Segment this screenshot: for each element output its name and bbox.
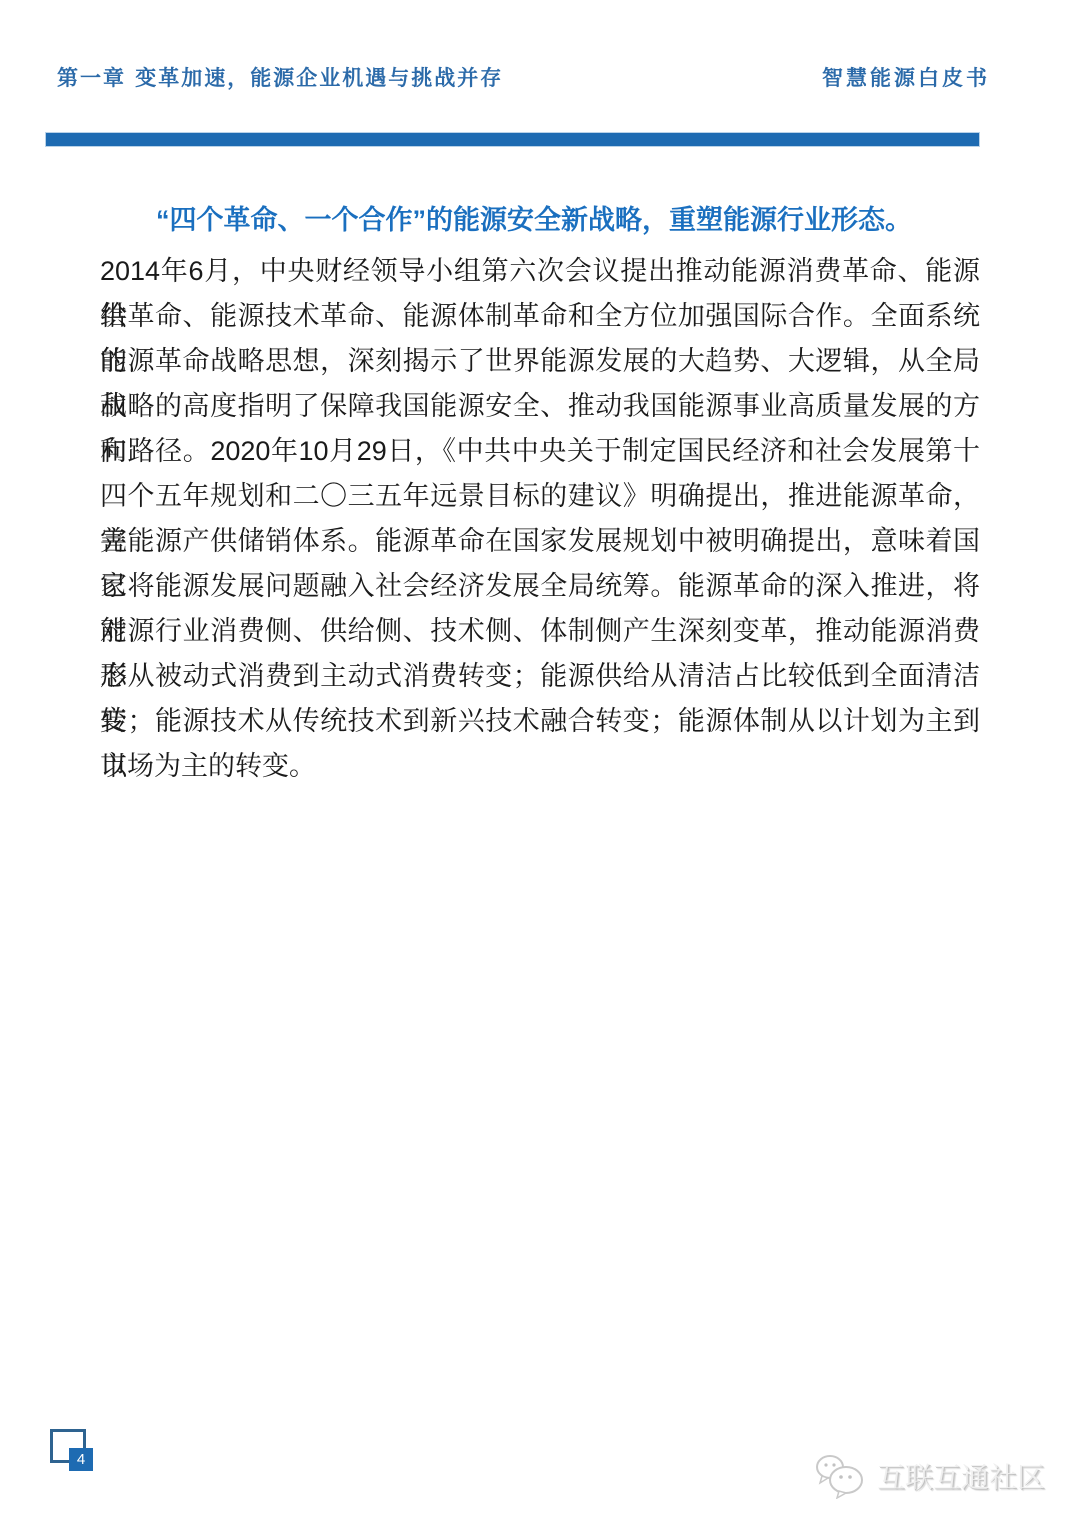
wechat-bubbles-icon — [815, 1453, 865, 1499]
book-title: 智慧能源白皮书 — [822, 62, 990, 92]
body-line: 变；能源技术从传统技术到新兴技术融合转变；能源体制从以计划为主到以 — [100, 699, 980, 744]
body-line: 市场为主的转变。 — [100, 744, 980, 789]
section-lead: “四个革命、一个合作”的能源安全新战略，重塑能源行业形态。 — [100, 198, 980, 243]
page-number: 4 — [69, 1448, 93, 1471]
body-line: 善能源产供储销体系。能源革命在国家发展规划中被明确提出，意味着国家 — [100, 519, 980, 564]
body-line: 能源行业消费侧、供给侧、技术侧、体制侧产生深刻变革，推动能源消费形 — [100, 609, 980, 654]
body-line: 2014年6月，中央财经领导小组第六次会议提出推动能源消费革命、能源供 — [100, 249, 980, 294]
body-line: 已将能源发展问题融入社会经济发展全局统筹。能源革命的深入推进，将对 — [100, 564, 980, 609]
page-content: “四个革命、一个合作”的能源安全新战略，重塑能源行业形态。 2014年6月，中央… — [100, 198, 980, 789]
body-line: 战略的高度指明了保障我国能源安全、推动我国能源事业高质量发展的方向 — [100, 384, 980, 429]
watermark-label: 互联互通社区 — [877, 1456, 1045, 1496]
body-line: 能源革命战略思想，深刻揭示了世界能源发展的大趋势、大逻辑，从全局和 — [100, 339, 980, 384]
whitepaper-page: 第一章 变革加速，能源企业机遇与挑战并存 智慧能源白皮书 “四个革命、一个合作”… — [0, 0, 1080, 1527]
body-line: 四个五年规划和二〇三五年远景目标的建议》明确提出，推进能源革命，完 — [100, 474, 980, 519]
body-line: 和路径。2020年10月29日，《中共中央关于制定国民经济和社会发展第十 — [100, 429, 980, 474]
body-line: 给革命、能源技术革命、能源体制革命和全方位加强国际合作。全面系统的 — [100, 294, 980, 339]
body-line: 态从被动式消费到主动式消费转变；能源供给从清洁占比较低到全面清洁转 — [100, 654, 980, 699]
chapter-title: 第一章 变革加速，能源企业机遇与挑战并存 — [57, 62, 503, 92]
page-header: 第一章 变革加速，能源企业机遇与挑战并存 智慧能源白皮书 — [57, 62, 990, 92]
watermark: 互联互通社区 — [815, 1453, 1045, 1499]
header-divider-bar — [45, 132, 980, 147]
